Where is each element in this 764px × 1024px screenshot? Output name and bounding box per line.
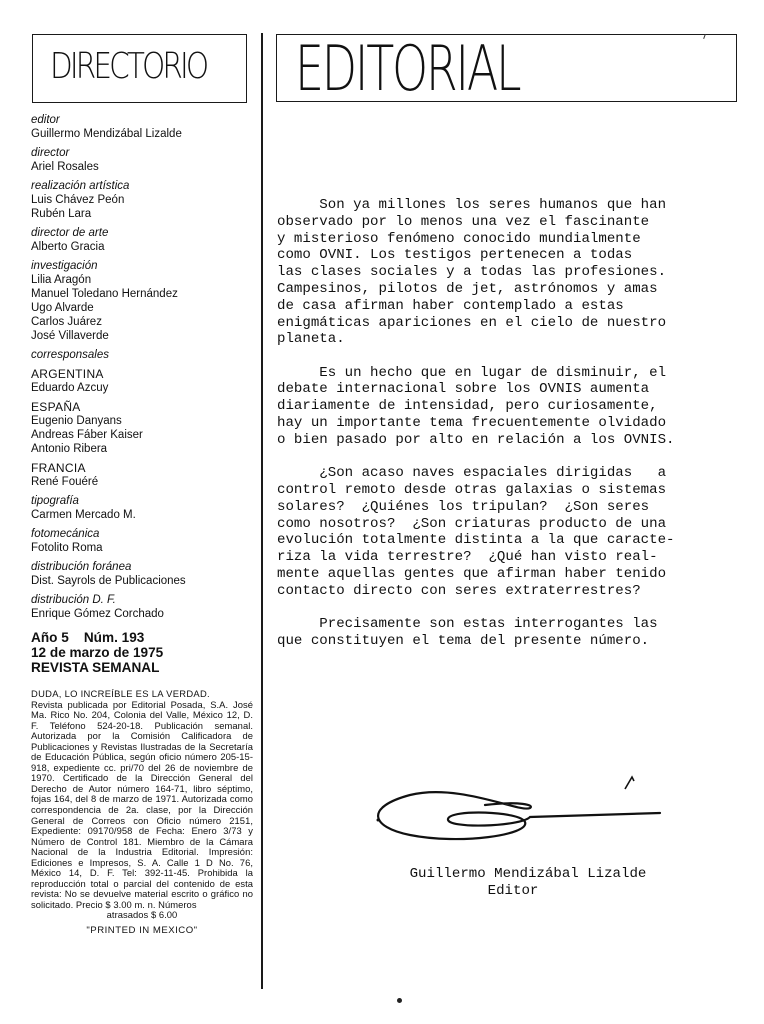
staff-name: Enrique Gómez Corchado [31, 607, 253, 621]
correspondent-name: Eugenio Danyans [31, 414, 253, 428]
correspondent-name: Antonio Ribera [31, 442, 253, 456]
staff-name: Manuel Toledano Hernández [31, 287, 253, 301]
editorial-paragraph: ¿Son acaso naves espaciales dirigidas a … [277, 465, 747, 599]
staff-list-secondary: tipografíaCarmen Mercado M.fotomecánicaF… [31, 494, 253, 621]
signature-role: Editor [373, 883, 653, 900]
legal-notice: DUDA, LO INCREÍBLE ES LA VERDAD. Revista… [31, 689, 253, 921]
column-divider [261, 33, 263, 989]
staff-role: director de arte [31, 226, 253, 240]
staff-role: tipografía [31, 494, 253, 508]
staff-role: distribución D. F. [31, 593, 253, 607]
staff-name: Dist. Sayrols de Publicaciones [31, 574, 253, 588]
issue-date: 12 de marzo de 1975 [31, 645, 253, 660]
staff-name: Carmen Mercado M. [31, 508, 253, 522]
print-speck [397, 998, 402, 1003]
staff-role: editor [31, 113, 253, 127]
signature-scribble [370, 775, 670, 855]
magazine-tagline: DUDA, LO INCREÍBLE ES LA VERDAD. [31, 689, 253, 700]
editorial-paragraph: Son ya millones los seres humanos que ha… [277, 197, 747, 348]
directory-title: DIRECTORIO [50, 45, 206, 89]
directory-header-box: DIRECTORIO [32, 34, 247, 103]
correspondents-label: corresponsales [31, 348, 253, 362]
staff-role: director [31, 146, 253, 160]
issue-number: Año 5 Núm. 193 [31, 630, 253, 645]
staff-name: Guillermo Mendizábal Lizalde [31, 127, 253, 141]
editorial-body: Son ya millones los seres humanos que ha… [277, 197, 747, 666]
staff-name: Ugo Alvarde [31, 301, 253, 315]
staff-list: editorGuillermo Mendizábal Lizaldedirect… [31, 113, 253, 343]
staff-role: investigación [31, 259, 253, 273]
signature-name: Guillermo Mendizábal Lizalde [373, 866, 683, 883]
editorial-title: EDITORIAL [295, 35, 519, 103]
correspondent-name: René Fouéré [31, 475, 253, 489]
publication-details: Revista publicada por Editorial Posada, … [31, 700, 253, 911]
staff-role: realización artística [31, 179, 253, 193]
staff-name: José Villaverde [31, 329, 253, 343]
back-issue-price: atrasados $ 6.00 [31, 910, 253, 921]
staff-name: Alberto Gracia [31, 240, 253, 254]
issue-frequency: REVISTA SEMANAL [31, 660, 253, 675]
staff-name: Ariel Rosales [31, 160, 253, 174]
correspondent-name: Andreas Fáber Kaiser [31, 428, 253, 442]
staff-name: Lilia Aragón [31, 273, 253, 287]
staff-name: Fotolito Roma [31, 541, 253, 555]
correspondent-country: ARGENTINA [31, 367, 253, 381]
editorial-header-box: EDITORIAL [276, 34, 737, 102]
directory-sidebar: editorGuillermo Mendizábal Lizaldedirect… [31, 113, 253, 936]
staff-name: Rubén Lara [31, 207, 253, 221]
printed-in-mexico: "PRINTED IN MEXICO" [31, 925, 253, 936]
issue-info: Año 5 Núm. 193 12 de marzo de 1975 REVIS… [31, 630, 253, 675]
correspondent-name: Eduardo Azcuy [31, 381, 253, 395]
correspondent-country: FRANCIA [31, 461, 253, 475]
editorial-paragraph: Precisamente son estas interrogantes las… [277, 616, 747, 650]
staff-name: Carlos Juárez [31, 315, 253, 329]
staff-role: distribución foránea [31, 560, 253, 574]
staff-role: fotomecánica [31, 527, 253, 541]
correspondent-country: ESPAÑA [31, 400, 253, 414]
editorial-paragraph: Es un hecho que en lugar de disminuir, e… [277, 365, 747, 449]
correspondents-list: ARGENTINAEduardo AzcuyESPAÑAEugenio Dany… [31, 367, 253, 489]
staff-name: Luis Chávez Peón [31, 193, 253, 207]
